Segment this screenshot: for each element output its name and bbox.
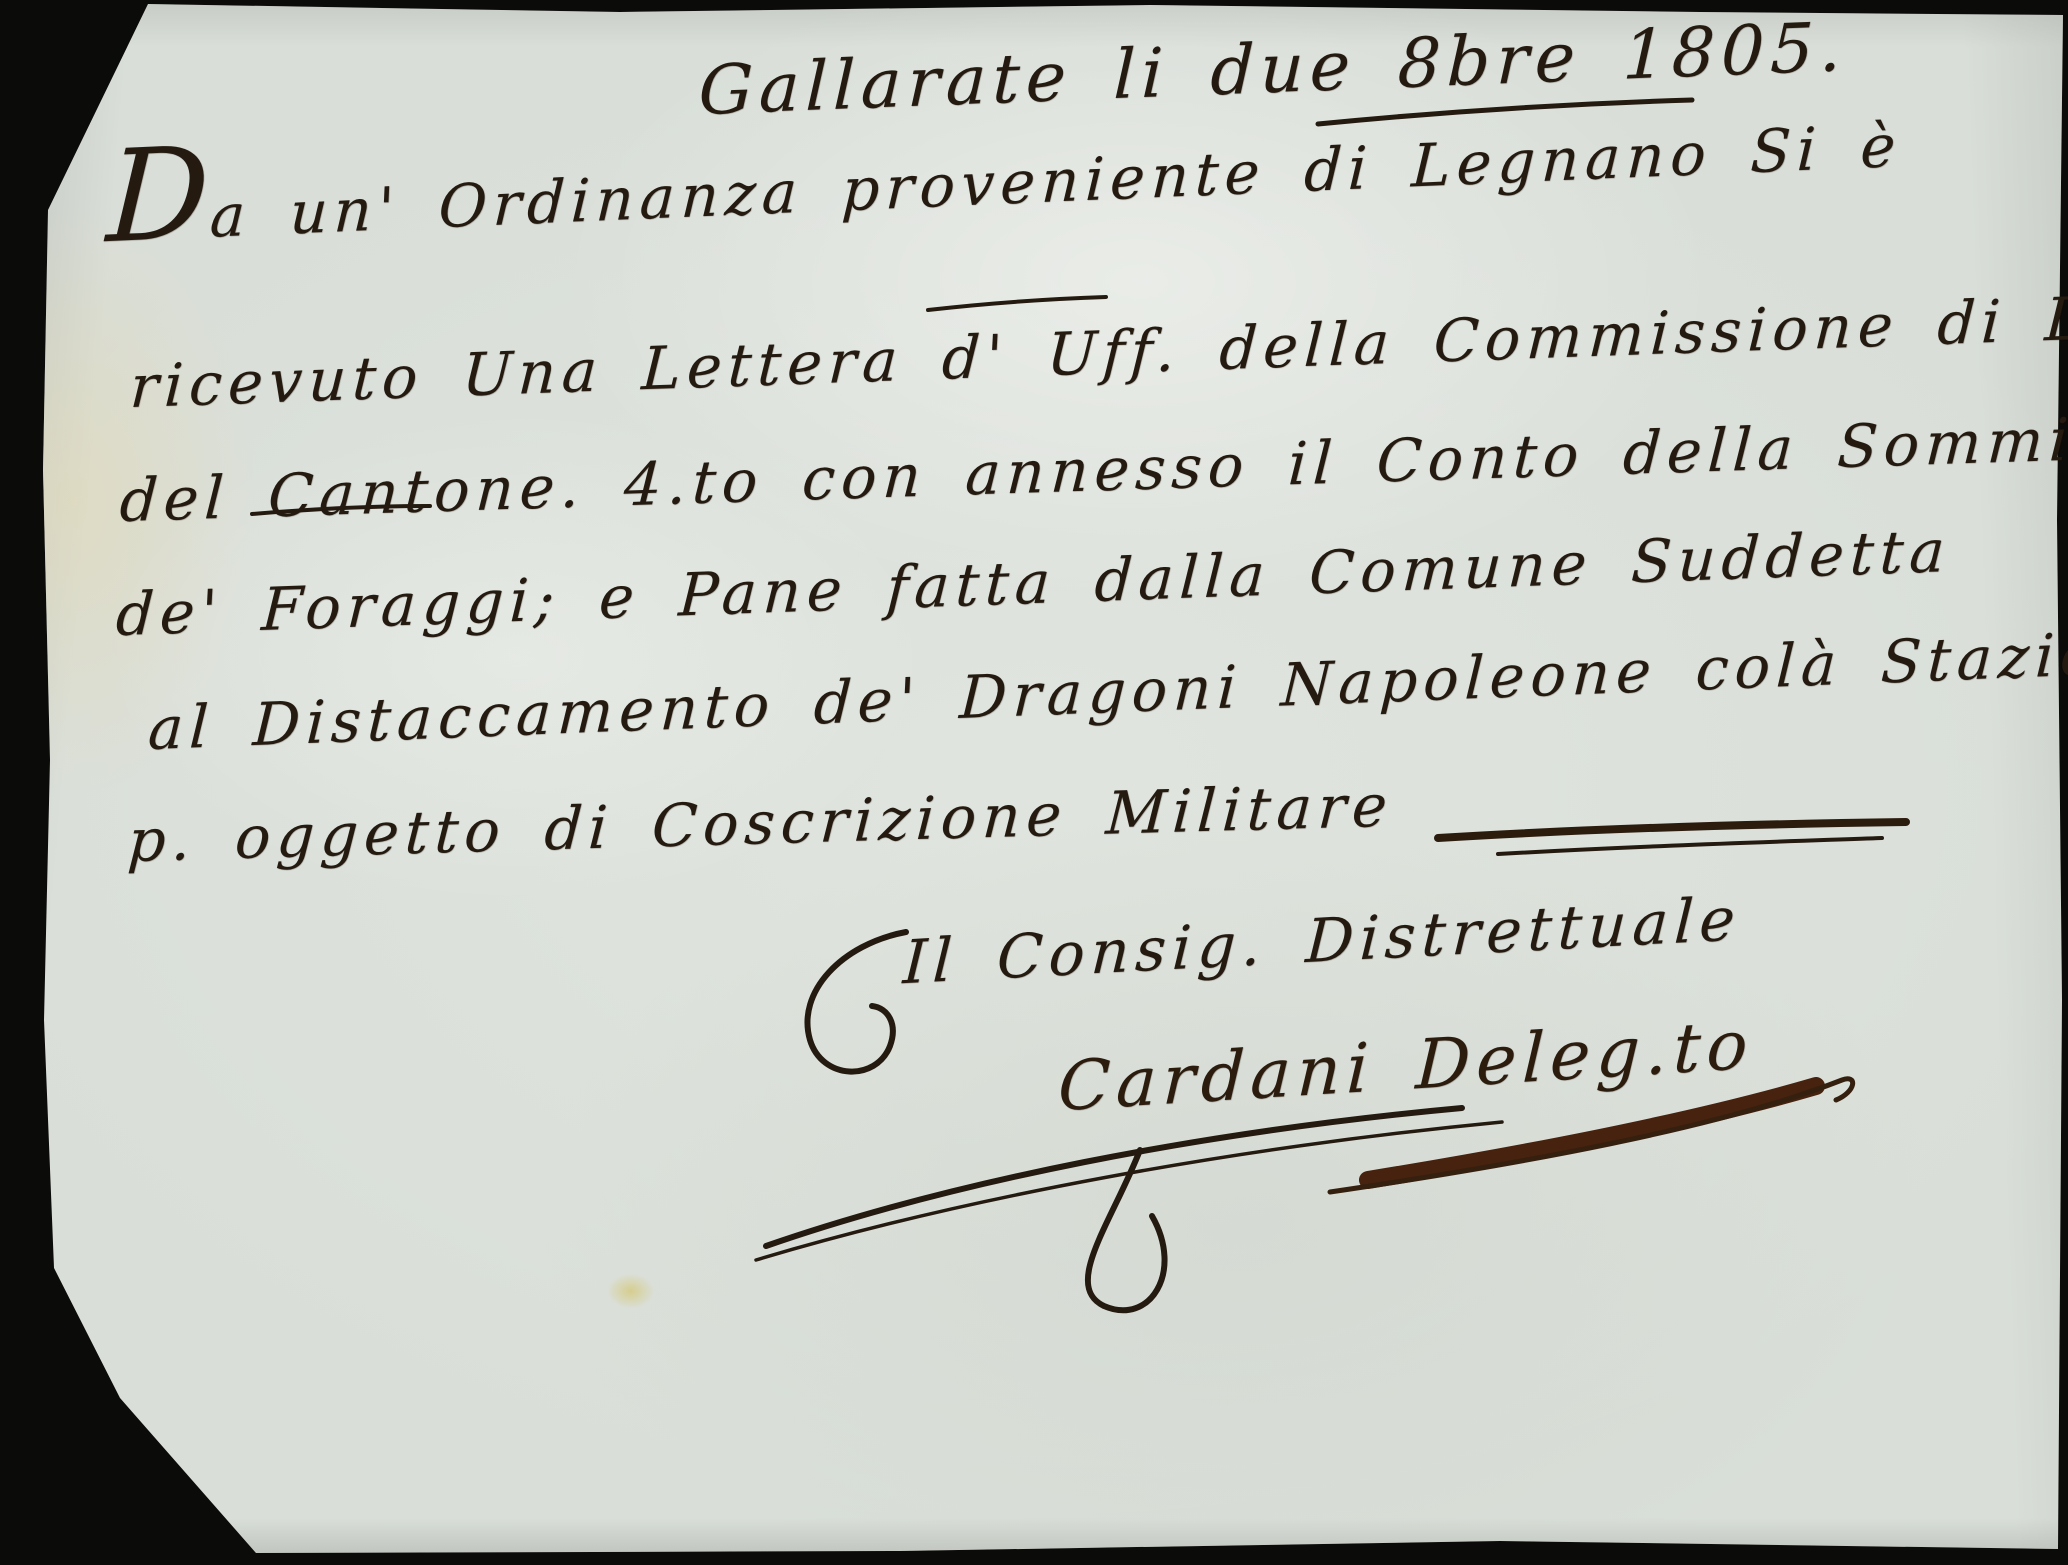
scanned-document: Gallarate li due 8bre 1805. Da un' Ordin… (0, 0, 2068, 1565)
